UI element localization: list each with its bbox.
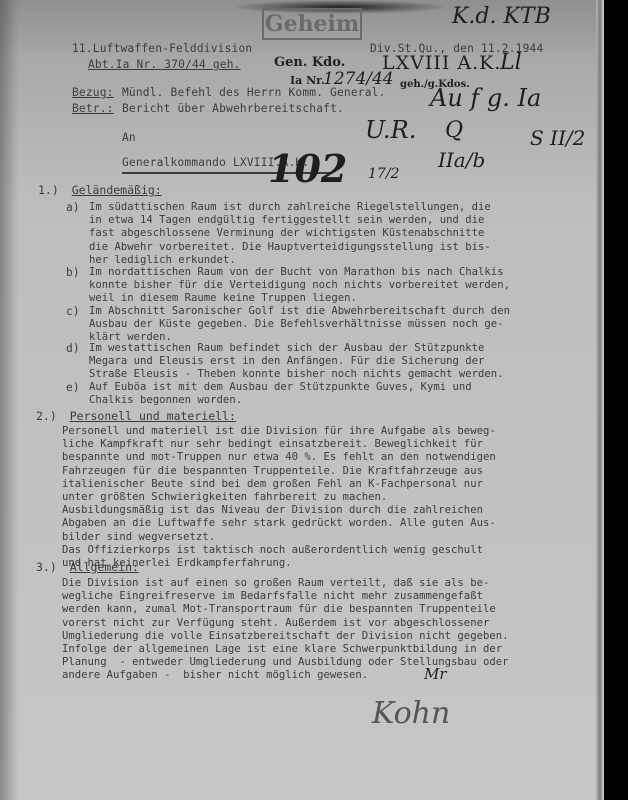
handwritten-entry-date: 17/2: [368, 166, 399, 182]
unit-name: 11.Luftwaffen-Felddivision: [72, 42, 252, 55]
document-page: Geheim 11.Luftwaffen-Felddivision Abt.Ia…: [0, 0, 604, 800]
page-shadow-left: [0, 0, 18, 800]
item-d-text: Im westattischen Raum befindet sich der …: [89, 342, 504, 382]
addressee-an: An: [122, 131, 136, 144]
betr-label: Betr.:: [72, 102, 114, 115]
item-a-label: a): [66, 201, 80, 214]
bezug-label: Bezug:: [72, 86, 114, 99]
handwritten-routing: Au f g. Ia: [430, 84, 541, 112]
bezug-text: Mündl. Befehl des Herrn Komm. General.: [122, 86, 386, 99]
section-3-title: Allgemein:: [70, 560, 139, 574]
item-e-text: Auf Euböa ist mit dem Ausbau der Stützpu…: [89, 381, 472, 407]
betr-text: Bericht über Abwehrbereitschaft.: [122, 102, 344, 115]
section-1-number: 1.): [38, 183, 59, 197]
item-c-label: c): [66, 305, 80, 318]
reception-stamp-corps: LXVIII A.K.: [382, 52, 501, 74]
handwritten-initials-ur: U.R.: [365, 116, 416, 144]
signature: Kohn: [372, 696, 450, 731]
handwritten-initials-q: Q: [445, 118, 463, 143]
handwritten-ktb-note: K.d. KTB: [452, 4, 551, 29]
handwritten-paraph: Mr: [424, 665, 447, 683]
section-2-text: Personell und materiell ist die Division…: [62, 425, 496, 570]
item-e-label: e): [66, 381, 80, 394]
reception-stamp-gen-kdo: Gen. Kdo.: [274, 55, 345, 70]
item-a-text: Im südattischen Raum ist durch zahlreich…: [89, 201, 491, 267]
section-2-number: 2.): [36, 409, 57, 423]
item-b-label: b): [66, 266, 80, 279]
handwritten-initials-iiab: IIa/b: [438, 148, 485, 172]
handwritten-initials-ll: Ll: [500, 50, 522, 75]
handwritten-initials-s: S II/2: [530, 126, 585, 150]
section-3-number: 3.): [36, 560, 57, 574]
handwritten-entry-number: 102: [268, 146, 347, 191]
section-2-title: Personell und materiell:: [70, 409, 236, 423]
item-d-label: d): [66, 342, 80, 355]
item-c-text: Im Abschnitt Saronischer Golf ist die Ab…: [89, 305, 510, 345]
section-1-title: Geländemäßig:: [72, 183, 162, 197]
classification-stamp: Geheim: [262, 8, 362, 40]
item-b-text: Im nordattischen Raum von der Bucht von …: [89, 266, 510, 306]
department-reference: Abt.Ia Nr. 370/44 geh.: [88, 58, 241, 71]
